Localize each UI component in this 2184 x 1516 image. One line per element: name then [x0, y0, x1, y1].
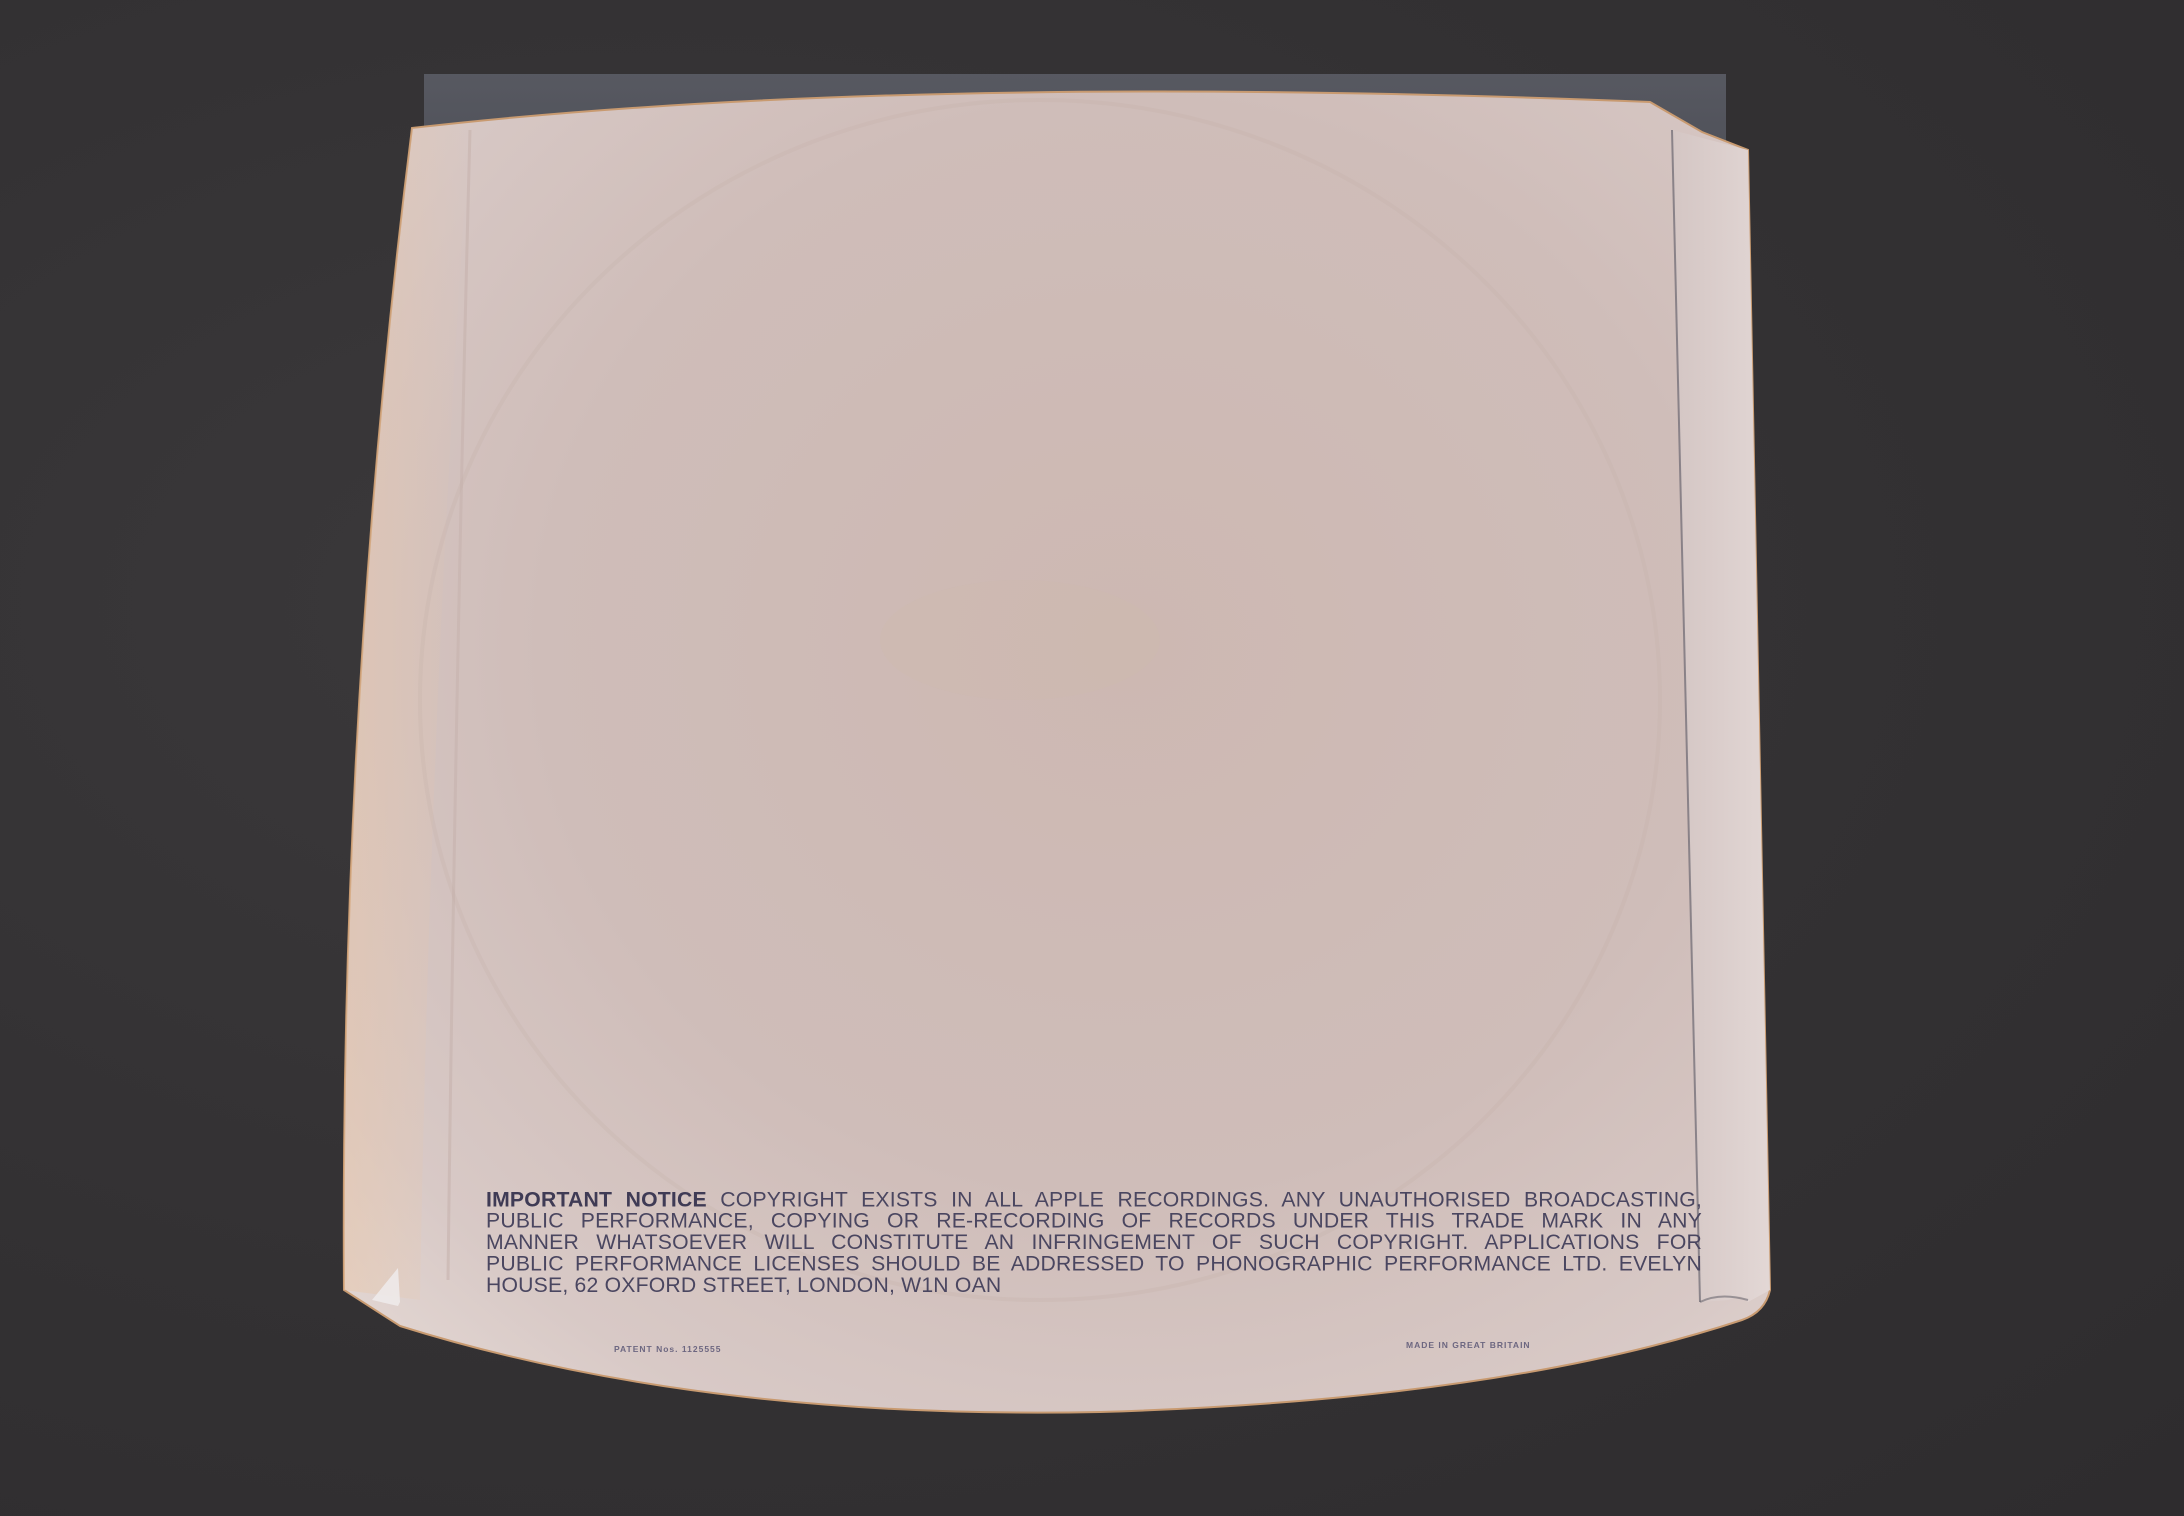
made-in-label: MADE IN GREAT BRITAIN: [1406, 1340, 1531, 1350]
copyright-notice: IMPORTANT NOTICE COPYRIGHT EXISTS IN ALL…: [486, 1189, 1702, 1296]
patent-number: PATENT Nos. 1125555: [614, 1344, 722, 1354]
notice-line-4: PUBLIC PERFORMANCE LICENSES SHOULD BE AD…: [486, 1253, 1702, 1274]
photo-scene: IMPORTANT NOTICE COPYRIGHT EXISTS IN ALL…: [0, 0, 2184, 1516]
notice-line-5: HOUSE, 62 OXFORD STREET, LONDON, W1N OAN: [486, 1275, 1702, 1296]
notice-line-2: PUBLIC PERFORMANCE, COPYING OR RE-RECORD…: [486, 1210, 1702, 1231]
notice-line-3: MANNER WHATSOEVER WILL CONSTITUTE AN INF…: [486, 1232, 1702, 1253]
notice-heading: IMPORTANT NOTICE: [486, 1188, 707, 1211]
notice-line-1: IMPORTANT NOTICE COPYRIGHT EXISTS IN ALL…: [486, 1189, 1702, 1210]
